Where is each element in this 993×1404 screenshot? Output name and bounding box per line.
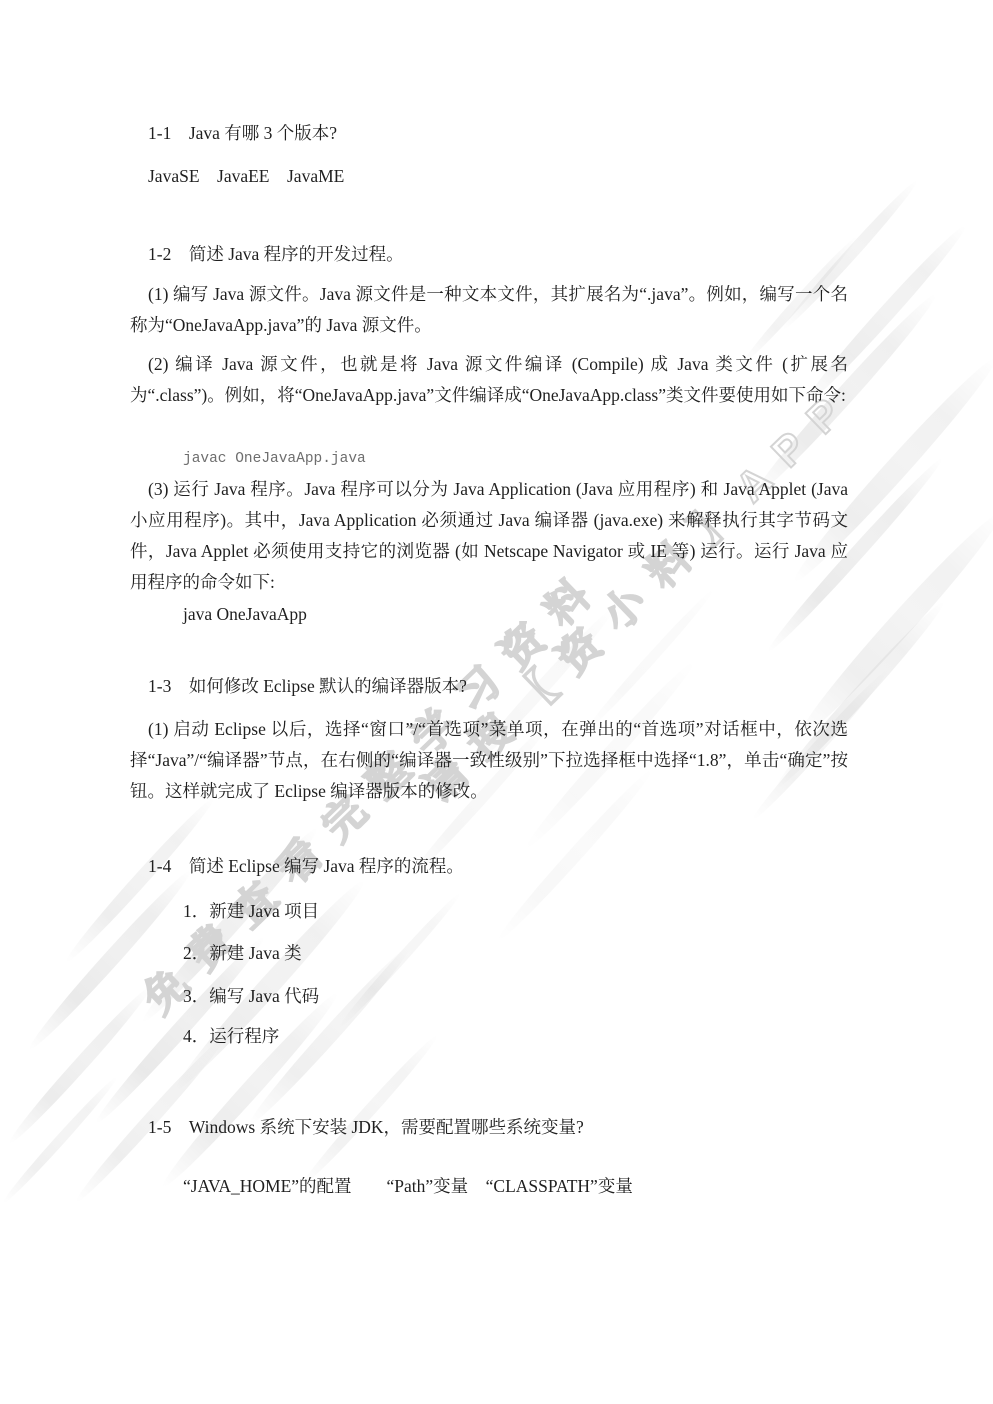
question-1-5: 1-5 Windows 系统下安装 JDK，需要配置哪些系统变量? — [130, 1112, 848, 1143]
answer-1-4-item-2: 2．新建 Java 类 — [183, 938, 783, 969]
answer-1-2-step-1: (1) 编写 Java 源文件。Java 源文件是一种文本文件，其扩展名为“.j… — [130, 279, 848, 341]
answer-1-2-step-2: (2) 编译 Java 源文件，也就是将 Java 源文件编译 (Compile… — [130, 349, 848, 411]
answer-1-4-item-3: 3．编写 Java 代码 — [183, 981, 783, 1012]
brush-streak — [0, 1073, 121, 1206]
answer-1-4-item-1: 1．新建 Java 项目 — [183, 896, 783, 927]
code-line-javac: javac OneJavaApp.java — [183, 444, 783, 475]
answer-1-2-step-3: (3) 运行 Java 程序。Java 程序可以分为 Java Applicat… — [130, 474, 848, 598]
code-line-java: java OneJavaApp — [183, 599, 783, 630]
answer-1-4-item-4: 4．运行程序 — [183, 1021, 783, 1052]
question-1-1: 1-1 Java 有哪 3 个版本? — [130, 118, 848, 149]
answer-1-1: JavaSE JavaEE JavaME — [130, 161, 848, 192]
answer-1-5: “JAVA_HOME”的配置 “Path”变量 “CLASSPATH”变量 — [183, 1171, 783, 1202]
brush-streak — [299, 1032, 442, 1189]
brush-streak — [24, 865, 196, 1054]
brush-streak — [156, 987, 343, 1192]
document-page: 免费查看完整学习资料 请搜【资小料】APP 1-1 Java 有哪 3 个版本?… — [0, 0, 993, 1404]
question-1-3: 1-3 如何修改 Eclipse 默认的编译器版本? — [130, 671, 848, 702]
question-1-2: 1-2 简述 Java 程序的开发过程。 — [130, 239, 848, 270]
question-1-4: 1-4 简述 Eclipse 编写 Java 程序的流程。 — [130, 851, 848, 882]
answer-1-3: (1) 启动 Eclipse 以后，选择“窗口”/“首选项”菜单项，在弹出的“首… — [130, 714, 848, 807]
